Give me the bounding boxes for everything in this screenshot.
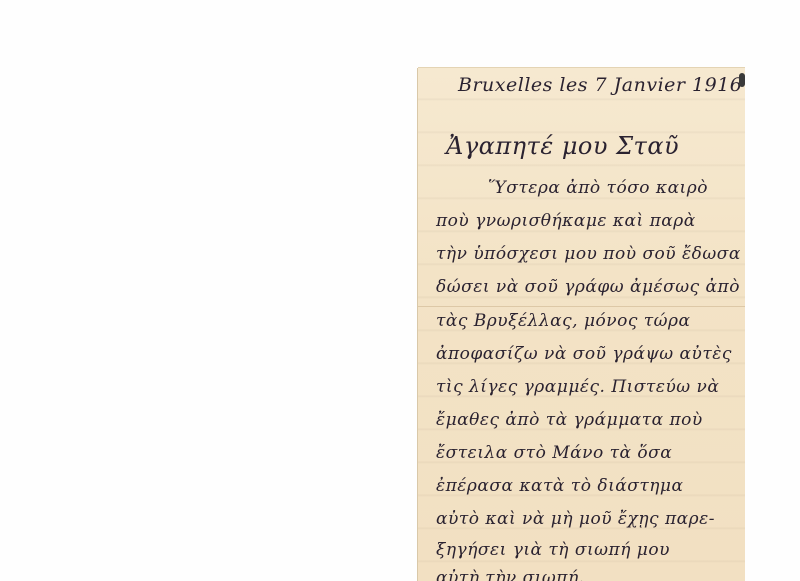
letter-page: Bruxelles les 7 Janvier 1916 Ἀγαπητέ μου… <box>418 68 745 581</box>
letter-line: ἔμαθες ἀπὸ τὰ γράμματα ποὺ <box>436 410 703 430</box>
letter-line: ξηγήσει γιὰ τὴ σιωπή μου <box>436 540 670 560</box>
letter-line: Ὕστερα ἀπὸ τόσο καιρὸ <box>488 178 708 198</box>
letter-salutation: Ἀγαπητέ μου Σταῦ <box>446 132 679 160</box>
ink-blot <box>739 73 745 87</box>
letter-line: αὐτὴ τὴν σιωπή. <box>436 568 585 581</box>
letter-line: ἀποφασίζω νὰ σοῦ γράψω αὐτὲς <box>436 344 732 364</box>
letter-line: αὐτὸ καὶ νὰ μὴ μοῦ ἔχῃς παρε- <box>436 509 715 529</box>
letter-dateline: Bruxelles les 7 Janvier 1916 <box>458 74 742 96</box>
letter-line: ἔστειλα στὸ Μάνο τὰ ὅσα <box>436 443 672 463</box>
letter-line: τὶς λίγες γραμμές. Πιστεύω νὰ <box>436 377 719 397</box>
letter-line: τὴν ὑπόσχεσι μου ποὺ σοῦ ἔδωσα <box>436 244 741 264</box>
scan-background: Bruxelles les 7 Janvier 1916 Ἀγαπητέ μου… <box>0 0 800 581</box>
letter-line: ἐπέρασα κατὰ τὸ διάστημα <box>436 476 683 496</box>
letter-line: δώσει νὰ σοῦ γράφω ἀμέσως ἀπὸ <box>436 277 740 297</box>
letter-line: τὰς Βρυξέλλας, μόνος τώρα <box>436 311 691 331</box>
letter-line: ποὺ γνωρισθήκαμε καὶ παρὰ <box>436 211 696 231</box>
paper-fold-line <box>418 306 745 307</box>
